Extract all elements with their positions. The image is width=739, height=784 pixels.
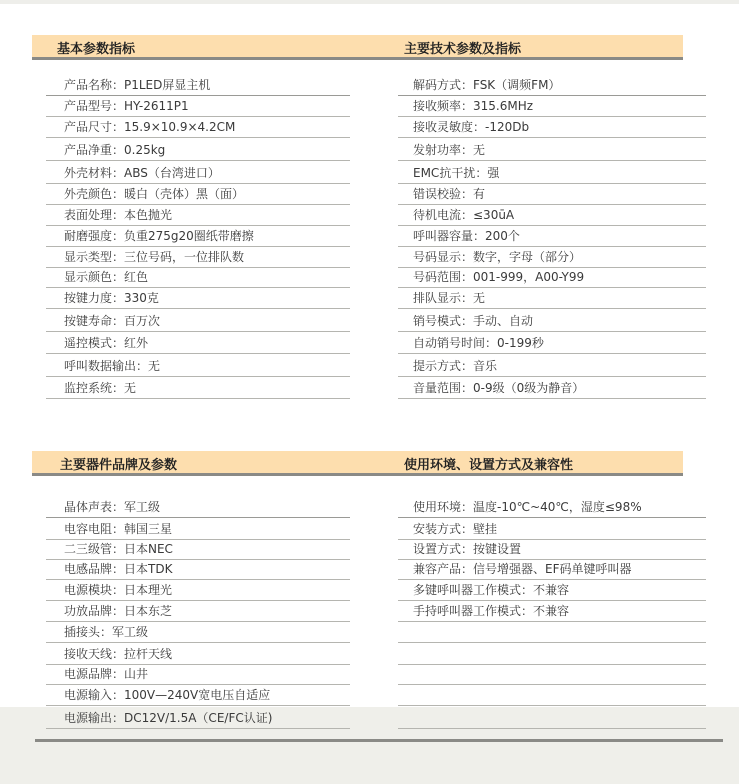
row-text: 功放品牌：日本东芝 (64, 601, 172, 621)
table-row: 接收灵敏度：-120Db (398, 117, 706, 138)
table-row: 接收天线：拉杆天线 (46, 644, 350, 665)
section-title-components: 主要器件品牌及参数 (60, 454, 177, 473)
table-row: 号码显示：数字，字母（部分） (398, 247, 706, 268)
table-row: 解码方式：FSK（调频FM） (398, 75, 706, 96)
table-row: 显示类型：三位号码，一位排队数 (46, 247, 350, 268)
row-text: 使用环境：温度-10℃~40℃，湿度≤98% (413, 497, 642, 517)
row-text: 排队显示：无 (413, 288, 485, 308)
row-text: 错误校验：有 (413, 184, 485, 204)
table-row: 插接头：军工级 (46, 622, 350, 643)
table-row: 电源输入：100V—240V宽电压自适应 (46, 685, 350, 706)
row-text: 插接头：军工级 (64, 622, 148, 642)
row-text: 产品型号：HY-2611P1 (64, 96, 189, 116)
row-text: 产品尺寸：15.9×10.9×4.2CM (64, 117, 235, 137)
section-title-basic-params: 基本参数指标 (57, 38, 135, 57)
table-row: 电感品牌：日本TDK (46, 559, 350, 580)
table-row: EMC抗干扰：强 (398, 163, 706, 184)
closing-divider (35, 739, 723, 742)
row-text: 监控系统：无 (64, 378, 136, 398)
row-text: 晶体声表：军工级 (64, 497, 160, 517)
row-text: EMC抗干扰：强 (413, 163, 499, 183)
table-row: 电容电阻：韩国三星 (46, 519, 350, 540)
row-text: 接收灵敏度：-120Db (413, 117, 529, 137)
table-row: 产品尺寸：15.9×10.9×4.2CM (46, 117, 350, 138)
table-row: 外壳材料：ABS（台湾进口） (46, 163, 350, 184)
table-row: 晶体声表：军工级 (46, 497, 350, 518)
table-row (398, 644, 706, 665)
table-row: 二三级管：日本NEC (46, 539, 350, 560)
table-row (398, 708, 706, 729)
row-text: 产品名称：P1LED屏显主机 (64, 75, 210, 95)
section-title-environment: 使用环境、设置方式及兼容性 (404, 454, 573, 473)
table-row (398, 685, 706, 706)
row-text: 提示方式：音乐 (413, 356, 497, 376)
table-row: 产品型号：HY-2611P1 (46, 96, 350, 117)
table-row: 显示颜色：红色 (46, 267, 350, 288)
row-text: 销号模式：手动、自动 (413, 311, 533, 331)
row-text: 按键寿命：百万次 (64, 311, 160, 331)
section-band-bottom: 主要器件品牌及参数 使用环境、设置方式及兼容性 (32, 451, 683, 476)
table-row (398, 664, 706, 685)
table-row (398, 622, 706, 643)
row-text: 自动销号时间：0-199秒 (413, 333, 544, 353)
row-text: 兼容产品：信号增强器、EF码单键呼叫器 (413, 559, 632, 579)
row-text: 产品净重：0.25kg (64, 140, 165, 160)
row-text: 待机电流：≤30ūA (413, 205, 514, 225)
table-row: 产品名称：P1LED屏显主机 (46, 75, 350, 96)
row-text: 电源品牌：山井 (64, 664, 148, 684)
section-band-top: 基本参数指标 主要技术参数及指标 (32, 35, 683, 60)
table-row: 多键呼叫器工作模式：不兼容 (398, 580, 706, 601)
top-strip (0, 0, 739, 4)
row-text: 号码范围：001-999，A00-Y99 (413, 267, 584, 287)
table-row: 待机电流：≤30ūA (398, 205, 706, 226)
row-text: 接收频率：315.6MHz (413, 96, 533, 116)
row-text: 接收天线：拉杆天线 (64, 644, 172, 664)
table-row: 提示方式：音乐 (398, 356, 706, 377)
table-row: 错误校验：有 (398, 184, 706, 205)
row-text: 呼叫器容量：200个 (413, 226, 520, 246)
table-row: 电源模块：日本理光 (46, 580, 350, 601)
row-text: 电源输入：100V—240V宽电压自适应 (64, 685, 270, 705)
row-text: 二三级管：日本NEC (64, 539, 173, 559)
table-row: 遥控模式：红外 (46, 333, 350, 354)
row-text: 按键力度：330克 (64, 288, 159, 308)
row-text: 外壳材料：ABS（台湾进口） (64, 163, 220, 183)
row-text: 电感品牌：日本TDK (64, 559, 172, 579)
table-row: 发射功率：无 (398, 140, 706, 161)
table-row: 按键寿命：百万次 (46, 311, 350, 332)
table-row: 设置方式：按键设置 (398, 539, 706, 560)
row-text: 遥控模式：红外 (64, 333, 148, 353)
row-text: 电容电阻：韩国三星 (64, 519, 172, 539)
row-text: 显示类型：三位号码，一位排队数 (64, 247, 244, 267)
row-text: 发射功率：无 (413, 140, 485, 160)
row-text: 表面处理：本色抛光 (64, 205, 172, 225)
row-text: 解码方式：FSK（调频FM） (413, 75, 560, 95)
row-text: 电源输出：DC12V/1.5A（CE/FC认证) (64, 708, 272, 728)
table-row: 兼容产品：信号增强器、EF码单键呼叫器 (398, 559, 706, 580)
table-row: 产品净重：0.25kg (46, 140, 350, 161)
table-row: 自动销号时间：0-199秒 (398, 333, 706, 354)
row-text: 耐磨强度：负重275g20圈纸带磨擦 (64, 226, 254, 246)
table-row: 排队显示：无 (398, 288, 706, 309)
table-row: 销号模式：手动、自动 (398, 311, 706, 332)
table-row: 音量范围：0-9级（0级为静音） (398, 378, 706, 399)
table-row: 接收频率：315.6MHz (398, 96, 706, 117)
row-text: 多键呼叫器工作模式：不兼容 (413, 580, 569, 600)
table-row: 外壳颜色：暖白（壳体）黑（面） (46, 184, 350, 205)
row-text: 显示颜色：红色 (64, 267, 148, 287)
section-title-tech-params: 主要技术参数及指标 (404, 38, 521, 57)
table-row: 安装方式：壁挂 (398, 519, 706, 540)
row-text: 手持呼叫器工作模式：不兼容 (413, 601, 569, 621)
table-row: 功放品牌：日本东芝 (46, 601, 350, 622)
row-text: 安装方式：壁挂 (413, 519, 497, 539)
row-text: 号码显示：数字，字母（部分） (413, 247, 581, 267)
row-text: 设置方式：按键设置 (413, 539, 521, 559)
table-row: 使用环境：温度-10℃~40℃，湿度≤98% (398, 497, 706, 518)
row-text: 外壳颜色：暖白（壳体）黑（面） (64, 184, 244, 204)
row-text: 电源模块：日本理光 (64, 580, 172, 600)
table-row: 电源品牌：山井 (46, 664, 350, 685)
row-text: 音量范围：0-9级（0级为静音） (413, 378, 584, 398)
table-row: 表面处理：本色抛光 (46, 205, 350, 226)
table-row: 号码范围：001-999，A00-Y99 (398, 267, 706, 288)
table-row: 呼叫数据输出：无 (46, 356, 350, 377)
row-text: 呼叫数据输出：无 (64, 356, 160, 376)
table-row: 呼叫器容量：200个 (398, 226, 706, 247)
table-row: 手持呼叫器工作模式：不兼容 (398, 601, 706, 622)
table-row: 耐磨强度：负重275g20圈纸带磨擦 (46, 226, 350, 247)
table-row: 监控系统：无 (46, 378, 350, 399)
table-row: 按键力度：330克 (46, 288, 350, 309)
table-row: 电源输出：DC12V/1.5A（CE/FC认证) (46, 708, 350, 729)
